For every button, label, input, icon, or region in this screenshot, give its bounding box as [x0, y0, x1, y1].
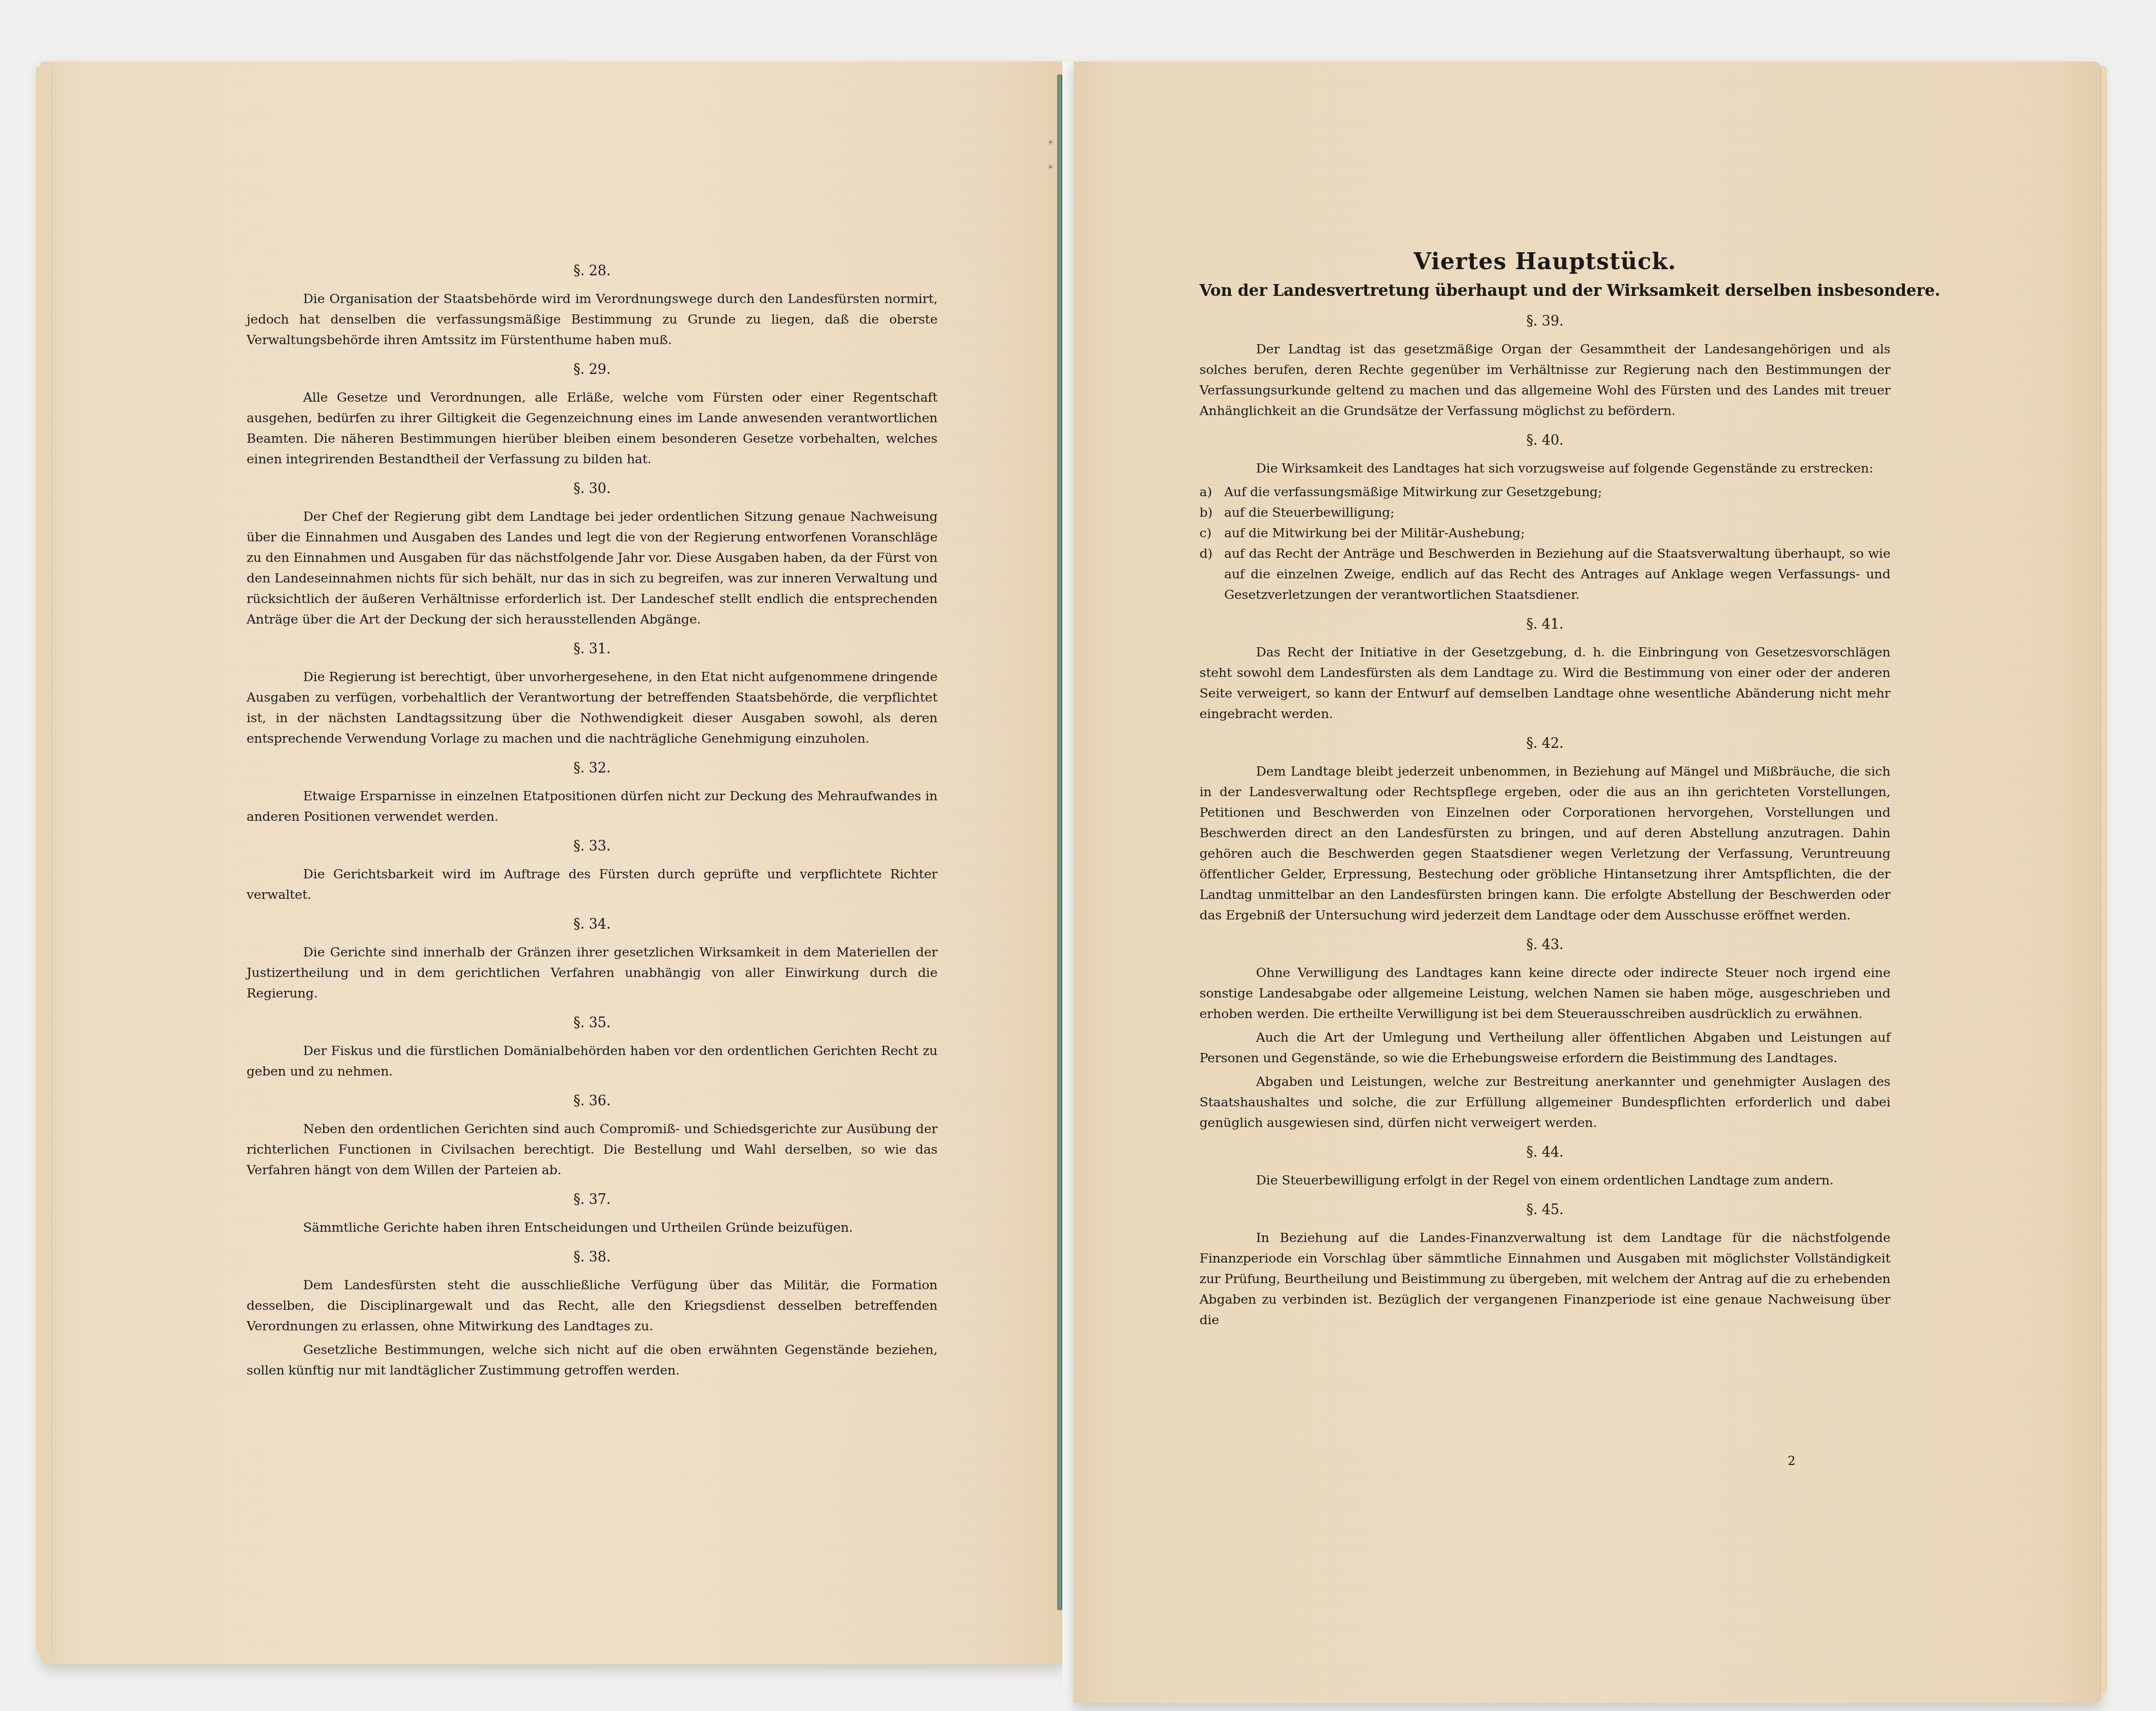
- paragraph: Etwaige Ersparnisse in einzelnen Etatpos…: [247, 786, 938, 827]
- paragraph: Sämmtliche Gerichte haben ihren Entschei…: [247, 1217, 938, 1238]
- section-heading: §. 29.: [247, 360, 938, 380]
- page-number: 2: [1788, 1454, 1795, 1468]
- paragraph: Die Organisation der Staatsbehörde wird …: [247, 289, 938, 350]
- list-text: auf die Mitwirkung bei der Militär-Aushe…: [1224, 523, 1890, 543]
- section-30: §. 30. Der Chef der Regierung gibt dem L…: [247, 479, 938, 630]
- paragraph: Gesetzliche Bestimmungen, welche sich ni…: [247, 1340, 938, 1381]
- section-29: §. 29. Alle Gesetze und Verordnungen, al…: [247, 360, 938, 469]
- paragraph: Die Gerichtsbarkeit wird im Auftrage des…: [247, 864, 938, 905]
- list-item: c) auf die Mitwirkung bei der Militär-Au…: [1199, 523, 1890, 543]
- right-page-text: Viertes Hauptstück. Von der Landesvertre…: [1199, 247, 1890, 1333]
- section-33: §. 33. Die Gerichtsbarkeit wird im Auftr…: [247, 836, 938, 905]
- section-heading: §. 43.: [1199, 935, 1890, 955]
- section-43: §. 43. Ohne Verwilligung des Landtages k…: [1199, 935, 1890, 1133]
- paragraph: Dem Landesfürsten steht die ausschließli…: [247, 1275, 938, 1337]
- section-heading: §. 41.: [1199, 614, 1890, 635]
- section-heading: §. 34.: [247, 914, 938, 935]
- paragraph: Abgaben und Leistungen, welche zur Bestr…: [1199, 1071, 1890, 1133]
- list-item: a) Auf die verfassungsmäßige Mitwirkung …: [1199, 482, 1890, 502]
- section-heading: §. 32.: [247, 758, 938, 779]
- page-stack-edge: [2101, 66, 2107, 1694]
- section-34: §. 34. Die Gerichte sind innerhalb der G…: [247, 914, 938, 1004]
- paragraph: Ohne Verwilligung des Landtages kann kei…: [1199, 963, 1890, 1024]
- section-35: §. 35. Der Fiskus und die fürstlichen Do…: [247, 1013, 938, 1082]
- paragraph: Neben den ordentlichen Gerichten sind au…: [247, 1119, 938, 1180]
- section-28: §. 28. Die Organisation der Staatsbehörd…: [247, 261, 938, 350]
- list-item: d) auf das Recht der Anträge und Beschwe…: [1199, 543, 1890, 605]
- paragraph: Alle Gesetze und Verordnungen, alle Erlä…: [247, 387, 938, 469]
- list-marker: c): [1199, 523, 1224, 543]
- list-item: b) auf die Steuerbewilligung;: [1199, 502, 1890, 523]
- section-heading: §. 35.: [247, 1013, 938, 1033]
- section-heading: §. 44.: [1199, 1142, 1890, 1163]
- list-text: auf das Recht der Anträge und Beschwerde…: [1224, 543, 1890, 605]
- section-40: §. 40. Die Wirksamkeit des Landtages hat…: [1199, 430, 1890, 605]
- section-heading: §. 39.: [1199, 311, 1890, 332]
- paragraph: Der Landtag ist das gesetzmäßige Organ d…: [1199, 339, 1890, 421]
- paragraph: Dem Landtage bleibt jederzeit unbenommen…: [1199, 761, 1890, 926]
- underlying-leaf-edge: [36, 67, 52, 1654]
- paragraph: Die Gerichte sind innerhalb der Gränzen …: [247, 942, 938, 1004]
- section-36: §. 36. Neben den ordentlichen Gerichten …: [247, 1091, 938, 1180]
- paragraph: Die Regierung ist berechtigt, über unvor…: [247, 667, 938, 749]
- list-marker: d): [1199, 543, 1224, 605]
- paragraph: Die Steuerbewilligung erfolgt in der Reg…: [1199, 1170, 1890, 1191]
- section-heading: §. 40.: [1199, 430, 1890, 451]
- section-heading: §. 42.: [1199, 734, 1890, 754]
- section-31: §. 31. Die Regierung ist berechtigt, übe…: [247, 639, 938, 749]
- section-38: §. 38. Dem Landesfürsten steht die aussc…: [247, 1247, 938, 1381]
- list-text: Auf die verfassungsmäßige Mitwirkung zur…: [1224, 482, 1890, 502]
- paragraph: Auch die Art der Umlegung und Vertheilun…: [1199, 1027, 1890, 1068]
- section-heading: §. 45.: [1199, 1200, 1890, 1220]
- section-45: §. 45. In Beziehung auf die Landes-Finan…: [1199, 1200, 1890, 1330]
- paragraph: Der Fiskus und die fürstlichen Domänialb…: [247, 1041, 938, 1082]
- list-marker: b): [1199, 502, 1224, 523]
- list-marker: a): [1199, 482, 1224, 502]
- page-gutter: [1062, 62, 1074, 1705]
- binding-hole: [1048, 140, 1053, 145]
- chapter-subtitle: Von der Landesvertretung überhaupt und d…: [1199, 279, 1890, 302]
- section-41: §. 41. Das Recht der Initiative in der G…: [1199, 614, 1890, 724]
- paragraph: Die Wirksamkeit des Landtages hat sich v…: [1199, 458, 1890, 479]
- section-37: §. 37. Sämmtliche Gerichte haben ihren E…: [247, 1190, 938, 1238]
- paragraph: In Beziehung auf die Landes-Finanzverwal…: [1199, 1228, 1890, 1330]
- section-heading: §. 31.: [247, 639, 938, 660]
- section-heading: §. 33.: [247, 836, 938, 857]
- section-heading: §. 28.: [247, 261, 938, 281]
- paragraph: Der Chef der Regierung gibt dem Landtage…: [247, 506, 938, 630]
- section-heading: §. 30.: [247, 479, 938, 499]
- left-page-text: §. 28. Die Organisation der Staatsbehörd…: [247, 252, 938, 1384]
- binding-spine: [1057, 74, 1062, 1610]
- section-heading: §. 38.: [247, 1247, 938, 1268]
- list-text: auf die Steuerbewilligung;: [1224, 502, 1890, 523]
- binding-hole: [1048, 164, 1053, 170]
- section-44: §. 44. Die Steuerbewilligung erfolgt in …: [1199, 1142, 1890, 1191]
- section-heading: §. 36.: [247, 1091, 938, 1112]
- section-42: §. 42. Dem Landtage bleibt jederzeit unb…: [1199, 734, 1890, 926]
- paragraph: Das Recht der Initiative in der Gesetzge…: [1199, 642, 1890, 724]
- section-39: §. 39. Der Landtag ist das gesetzmäßige …: [1199, 311, 1890, 421]
- section-32: §. 32. Etwaige Ersparnisse in einzelnen …: [247, 758, 938, 827]
- section-heading: §. 37.: [247, 1190, 938, 1210]
- chapter-title: Viertes Hauptstück.: [1199, 247, 1890, 277]
